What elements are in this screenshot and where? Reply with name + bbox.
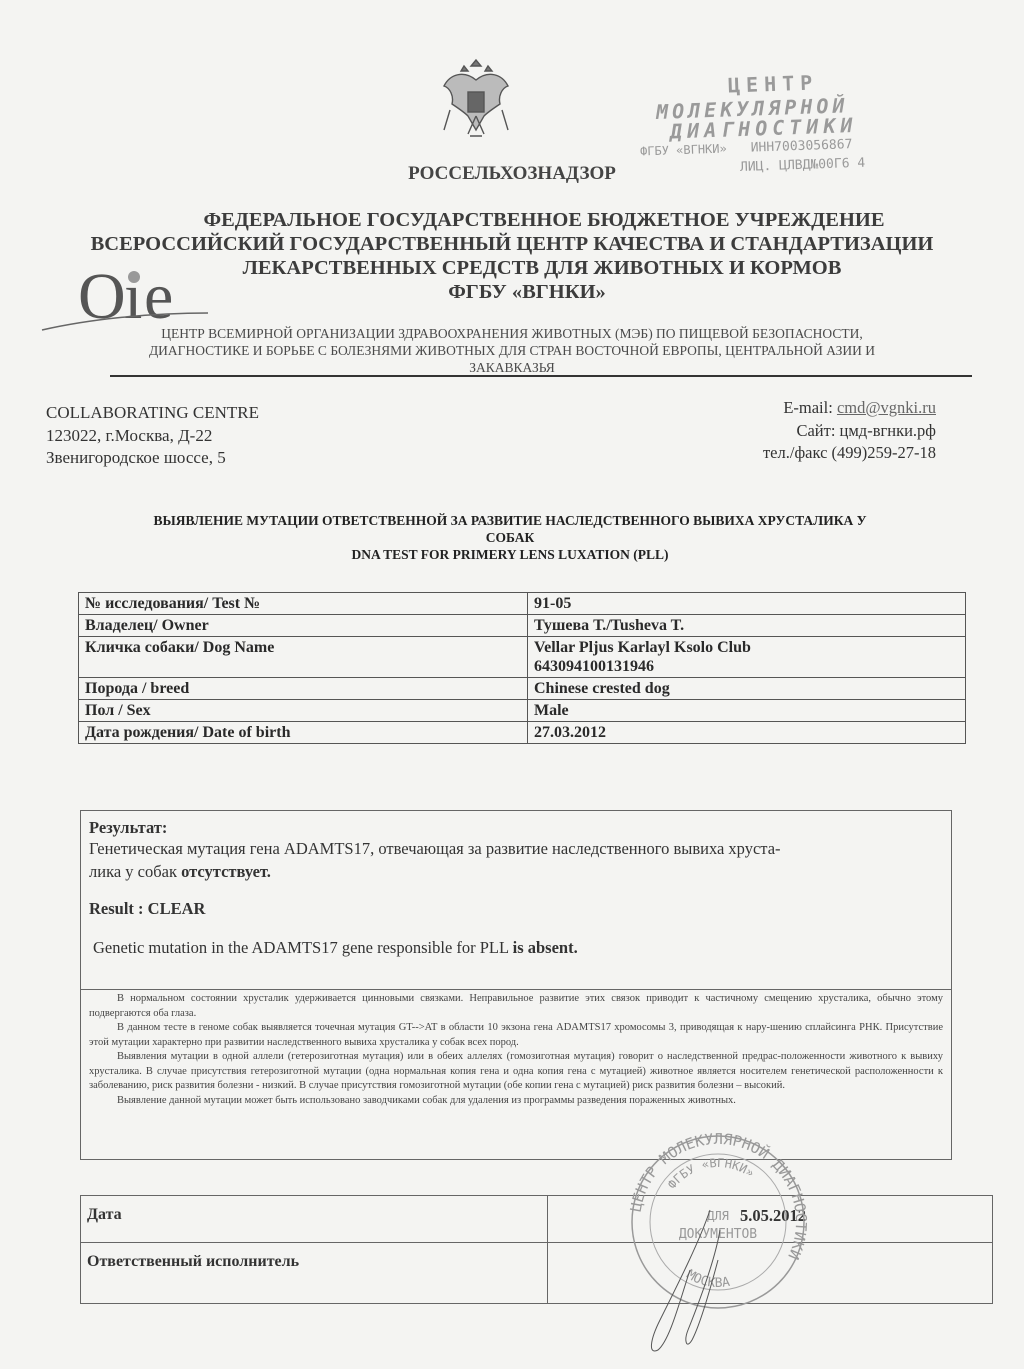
- test-number-value: 91-05: [528, 593, 966, 615]
- address-block: COLLABORATING CENTRE 123022, г.Москва, Д…: [46, 402, 259, 470]
- note-paragraph: В нормальном состоянии хрусталик удержив…: [89, 992, 943, 1021]
- molecular-diagnostics-stamp: ЦЕНТР МОЛЕКУЛЯРНОЙ ДИАГНОСТИКИ ФГБУ «ВГН…: [640, 72, 900, 174]
- stamp-org: ФГБУ «ВГНКИ»: [640, 142, 727, 159]
- breed-label: Порода / breed: [79, 678, 528, 700]
- address-line: 123022, г.Москва, Д-22: [46, 425, 259, 448]
- institution-line: ФЕДЕРАЛЬНОЕ ГОСУДАРСТВЕННОЕ БЮДЖЕТНОЕ УЧ…: [0, 208, 1024, 232]
- institution-line: ВСЕРОССИЙСКИЙ ГОСУДАРСТВЕННЫЙ ЦЕНТР КАЧЕ…: [0, 232, 1024, 256]
- signature-table: Дата5.05.2012 Ответственный исполнитель: [80, 1195, 993, 1304]
- table-row: № исследования/ Test №91-05: [79, 593, 966, 615]
- handwritten-signature: [640, 1200, 760, 1360]
- oie-line: ЦЕНТР ВСЕМИРНОЙ ОРГАНИЗАЦИИ ЗДРАВООХРАНЕ…: [40, 325, 984, 342]
- breed-value: Chinese crested dog: [528, 678, 966, 700]
- result-section: Результат: Генетическая мутация гена ADA…: [80, 810, 952, 990]
- owner-value: Тушева Т./Tusheva T.: [528, 615, 966, 637]
- table-row: Порода / breedChinese crested dog: [79, 678, 966, 700]
- dob-value: 27.03.2012: [528, 722, 966, 744]
- oie-center-description: ЦЕНТР ВСЕМИРНОЙ ОРГАНИЗАЦИИ ЗДРАВООХРАНЕ…: [40, 325, 984, 376]
- table-row: Пол / SexMale: [79, 700, 966, 722]
- result-ru-line: Генетическая мутация гена ADAMTS17, отве…: [89, 837, 943, 860]
- russian-coat-of-arms-icon: [440, 52, 512, 152]
- test-number-label: № исследования/ Test №: [79, 593, 528, 615]
- table-row: Кличка собаки/ Dog NameVellar Pljus Karl…: [79, 637, 966, 678]
- result-en-text: Genetic mutation in the ADAMTS17 gene re…: [93, 938, 513, 957]
- executor-label: Ответственный исполнитель: [81, 1243, 548, 1304]
- dog-chip-number: 643094100131946: [534, 657, 959, 676]
- table-row: Дата5.05.2012: [81, 1196, 993, 1243]
- owner-label: Владелец/ Owner: [79, 615, 528, 637]
- website: Сайт: цмд-вгнки.рф: [763, 420, 936, 443]
- table-row: Ответственный исполнитель: [81, 1243, 993, 1304]
- document-title: ВЫЯВЛЕНИЕ МУТАЦИИ ОТВЕТСТВЕННОЙ ЗА РАЗВИ…: [20, 512, 1000, 563]
- result-clear-status: Result : CLEAR: [89, 899, 943, 919]
- email-label: E-mail:: [783, 398, 837, 417]
- phone: тел./факс (499)259-27-18: [763, 442, 936, 465]
- note-paragraph: Выявление данной мутации может быть испо…: [89, 1094, 943, 1109]
- oie-line: ДИАГНОСТИКЕ И БОРЬБЕ С БОЛЕЗНЯМИ ЖИВОТНЫ…: [40, 342, 984, 359]
- dog-name-label: Кличка собаки/ Dog Name: [79, 637, 528, 678]
- dog-name-value: Vellar Pljus Karlayl Ksolo Club: [534, 638, 959, 657]
- stamp-inn: ИНН7003056867: [750, 137, 852, 156]
- collaborating-centre: COLLABORATING CENTRE: [46, 402, 259, 425]
- oie-line: ЗАКАВКАЗЬЯ: [40, 359, 984, 376]
- result-en-verdict: is absent.: [513, 938, 578, 957]
- result-heading: Результат:: [89, 819, 943, 837]
- dog-name-cell: Vellar Pljus Karlayl Ksolo Club643094100…: [528, 637, 966, 678]
- header-divider: [110, 375, 972, 377]
- note-paragraph: Выявления мутации в одной аллели (гетеро…: [89, 1050, 943, 1094]
- result-ru-verdict: отсутствует.: [181, 862, 271, 881]
- title-ru: ВЫЯВЛЕНИЕ МУТАЦИИ ОТВЕТСТВЕННОЙ ЗА РАЗВИ…: [20, 512, 1000, 529]
- svg-text:ФГБУ «ВГНКИ»: ФГБУ «ВГНКИ»: [665, 1156, 757, 1192]
- contact-block: E-mail: cmd@vgnki.ru Сайт: цмд-вгнки.рф …: [763, 397, 936, 465]
- title-ru: СОБАК: [20, 529, 1000, 546]
- dob-label: Дата рождения/ Date of birth: [79, 722, 528, 744]
- table-row: Дата рождения/ Date of birth27.03.2012: [79, 722, 966, 744]
- email-link[interactable]: cmd@vgnki.ru: [837, 398, 936, 417]
- sex-value: Male: [528, 700, 966, 722]
- title-en: DNA TEST FOR PRIMERY LENS LUXATION (PLL): [20, 546, 1000, 563]
- result-text-ru: Генетическая мутация гена ADAMTS17, отве…: [89, 837, 943, 883]
- address-line: Звенигородское шоссе, 5: [46, 447, 259, 470]
- result-ru-line: лика у собак: [89, 862, 181, 881]
- sex-label: Пол / Sex: [79, 700, 528, 722]
- result-text-en: Genetic mutation in the ADAMTS17 gene re…: [89, 938, 943, 958]
- test-info-table: № исследования/ Test №91-05 Владелец/ Ow…: [78, 592, 966, 744]
- explanatory-notes: В нормальном состоянии хрусталик удержив…: [80, 990, 952, 1160]
- date-label: Дата: [81, 1196, 548, 1243]
- stamp-inner-text: ФГБУ «ВГНКИ»: [665, 1156, 757, 1192]
- note-paragraph: В данном тесте в геноме собак выявляется…: [89, 1021, 943, 1050]
- table-row: Владелец/ OwnerТушева Т./Tusheva T.: [79, 615, 966, 637]
